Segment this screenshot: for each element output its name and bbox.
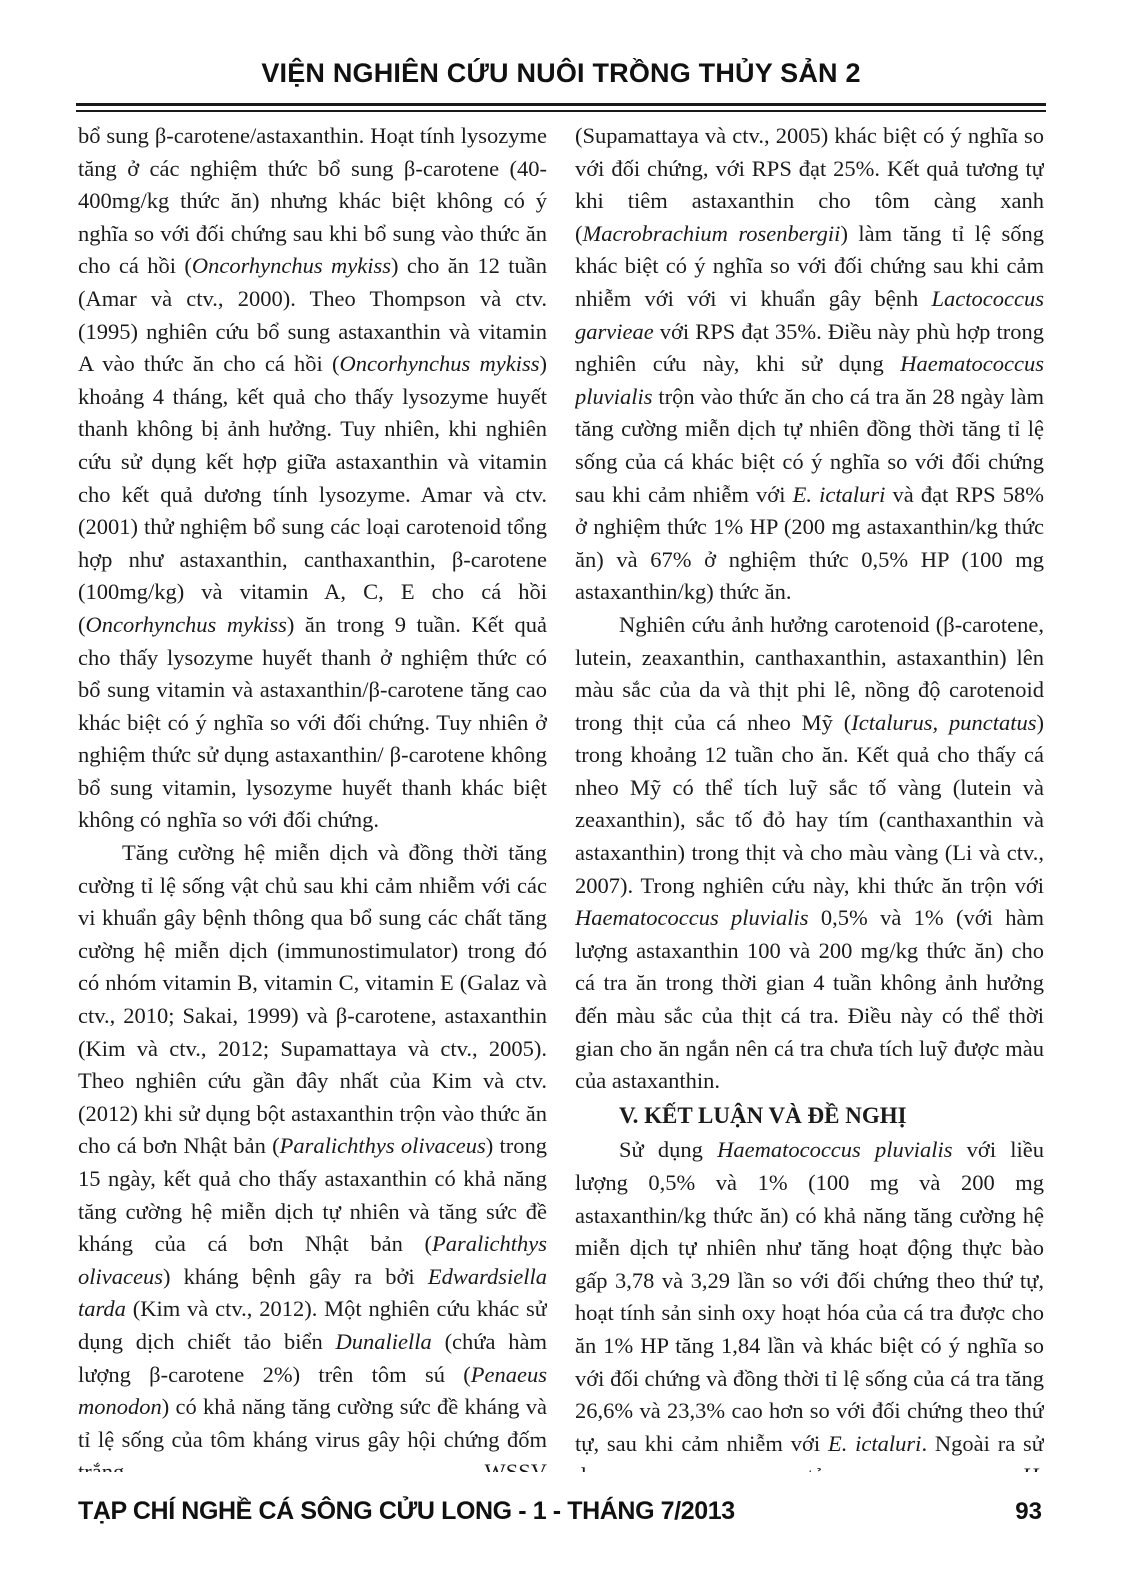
journal-page: VIỆN NGHIÊN CỨU NUÔI TRỒNG THỦY SẢN 2 bổ…	[0, 0, 1122, 1594]
text-segment: ) trong khoảng 12 tuần cho ăn. Kết quả c…	[575, 710, 1044, 898]
text-segment: ) ăn trong 9 tuần. Kết quả cho thấy lyso…	[78, 612, 547, 833]
species-name: Paralichthys olivaceus	[280, 1133, 486, 1158]
page-footer: TẠP CHÍ NGHỀ CÁ SÔNG CỬU LONG - 1 - THÁN…	[0, 1497, 1122, 1526]
header-double-rule	[76, 103, 1046, 112]
species-name: Oncorhynchus mykiss	[86, 612, 287, 637]
text-segment: Tăng cường hệ miễn dịch và đồng thời tăn…	[78, 840, 547, 1158]
right-column: (Supamattaya và ctv., 2005) khác biệt có…	[575, 120, 1044, 1472]
footer-page-number: 93	[1015, 1498, 1042, 1526]
paragraph-rps-results: (Supamattaya và ctv., 2005) khác biệt có…	[575, 120, 1044, 609]
text-segment: ) khoảng 4 tháng, kết quả cho thấy lysoz…	[78, 351, 547, 637]
paragraph-immunostimulator: Tăng cường hệ miễn dịch và đồng thời tăn…	[78, 837, 547, 1472]
paragraph-lysozyme: bổ sung β-carotene/astaxanthin. Hoạt tín…	[78, 120, 547, 837]
species-name: E. ictaluri	[793, 482, 886, 507]
species-name: E. ictaluri	[828, 1431, 921, 1456]
text-segment: ) kháng bệnh gây ra bởi	[163, 1264, 428, 1289]
text-segment: Sử dụng	[619, 1137, 717, 1162]
species-name: Ictalurus, punctatus	[851, 710, 1036, 735]
species-name: H.	[1022, 1463, 1044, 1472]
paragraph-carotenoid-color: Nghiên cứu ảnh hưởng carotenoid (β-carot…	[575, 609, 1044, 1098]
species-name: Oncorhynchus mykiss	[192, 253, 391, 278]
left-column: bổ sung β-carotene/astaxanthin. Hoạt tín…	[78, 120, 547, 1472]
species-name: Oncorhynchus mykiss	[339, 351, 539, 376]
text-segment: 0,5% và 1% (với hàm lượng astaxanthin 10…	[575, 905, 1044, 1093]
paragraph-conclusion: Sử dụng Haematococcus pluvialis với liều…	[575, 1134, 1044, 1472]
section-heading: V. KẾT LUẬN VÀ ĐỀ NGHỊ	[575, 1100, 1044, 1133]
journal-header-title: VIỆN NGHIÊN CỨU NUÔI TRỒNG THỦY SẢN 2	[0, 58, 1122, 89]
footer-journal-title: TẠP CHÍ NGHỀ CÁ SÔNG CỬU LONG - 1 - THÁN…	[78, 1497, 735, 1526]
species-name: Macrobrachium rosenbergii	[583, 221, 841, 246]
species-name: Haematococcus pluvialis	[575, 905, 809, 930]
page-header: VIỆN NGHIÊN CỨU NUÔI TRỒNG THỦY SẢN 2	[0, 0, 1122, 89]
species-name: Dunaliella	[336, 1329, 432, 1354]
text-columns: bổ sung β-carotene/astaxanthin. Hoạt tín…	[0, 112, 1122, 1472]
species-name: Haematococcus pluvialis	[717, 1137, 952, 1162]
text-segment: với liều lượng 0,5% và 1% (100 mg và 200…	[575, 1137, 1044, 1455]
text-segment: V. KẾT LUẬN VÀ ĐỀ NGHỊ	[619, 1103, 907, 1128]
